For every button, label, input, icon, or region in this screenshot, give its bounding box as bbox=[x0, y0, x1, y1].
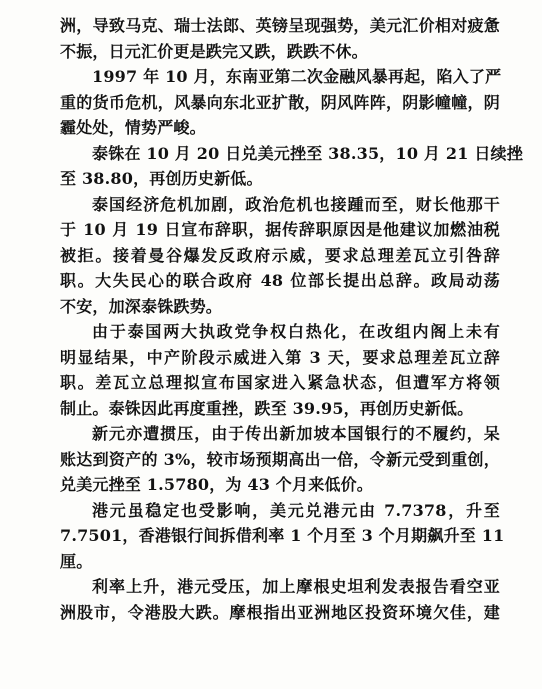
text-line: 职。大失民心的联合政府 48 位部长提出总辞。政局动荡 bbox=[60, 268, 500, 294]
text-line: 霾处处，情势严峻。 bbox=[60, 115, 500, 141]
text-line: 洲，导致马克、瑞士法郎、英镑呈现强势，美元汇价相对疲惫 bbox=[60, 13, 500, 39]
text-line: 7.7501，香港银行间拆借利率 1 个月至 3 个月期飙升至 11 bbox=[60, 523, 500, 549]
text-line: 厘。 bbox=[60, 549, 500, 575]
body-text: 洲，导致马克、瑞士法郎、英镑呈现强势，美元汇价相对疲惫 不振，日元汇价更是跌完又… bbox=[60, 13, 500, 625]
text-line: 利率上升，港元受压，加上摩根史坦利发表报告看空亚 bbox=[60, 574, 500, 600]
text-line: 不振，日元汇价更是跌完又跌，跌跌不休。 bbox=[60, 39, 500, 65]
text-line: 泰铢在 10 月 20 日兑美元挫至 38.35，10 月 21 日续挫 bbox=[60, 141, 500, 167]
text-line: 账达到资产的 3%，较市场预期高出一倍，令新元受到重创， bbox=[60, 447, 500, 473]
text-line: 至 38.80，再创历史新低。 bbox=[60, 166, 500, 192]
text-line: 明显结果，中产阶段示威进入第 3 天，要求总理差瓦立辞 bbox=[60, 345, 500, 371]
text-line: 洲股市，令港股大跌。摩根指出亚洲地区投资环境欠佳，建 bbox=[60, 600, 500, 626]
text-line: 港元虽稳定也受影响，美元兑港元由 7.7378，升至 bbox=[60, 498, 500, 524]
text-line: 重的货币危机，风暴向东北亚扩散，阴风阵阵，阴影幢幢，阴 bbox=[60, 90, 500, 116]
text-line: 于 10 月 19 日宣布辞职，据传辞职原因是他建议加燃油税 bbox=[60, 217, 500, 243]
text-line: 不安，加深泰铢跌势。 bbox=[60, 294, 500, 320]
text-line: 职。差瓦立总理拟宣布国家进入紧急状态，但遭军方将领 bbox=[60, 370, 500, 396]
text-line: 泰国经济危机加剧，政治危机也接踵而至，财长他那干 bbox=[60, 192, 500, 218]
book-page: 洲，导致马克、瑞士法郎、英镑呈现强势，美元汇价相对疲惫 不振，日元汇价更是跌完又… bbox=[0, 0, 542, 689]
text-line: 制止。泰铢因此再度重挫，跌至 39.95，再创历史新低。 bbox=[60, 396, 500, 422]
text-line: 兑美元挫至 1.5780，为 43 个月来低价。 bbox=[60, 472, 500, 498]
text-line: 由于泰国两大执政党争权白热化，在改组内阁上未有 bbox=[60, 319, 500, 345]
text-line: 1997 年 10 月，东南亚第二次金融风暴再起，陷入了严 bbox=[60, 64, 500, 90]
text-line: 新元亦遭掼压，由于传出新加坡本国银行的不履约，呆 bbox=[60, 421, 500, 447]
text-line: 被拒。接着曼谷爆发反政府示威，要求总理差瓦立引咎辞 bbox=[60, 243, 500, 269]
